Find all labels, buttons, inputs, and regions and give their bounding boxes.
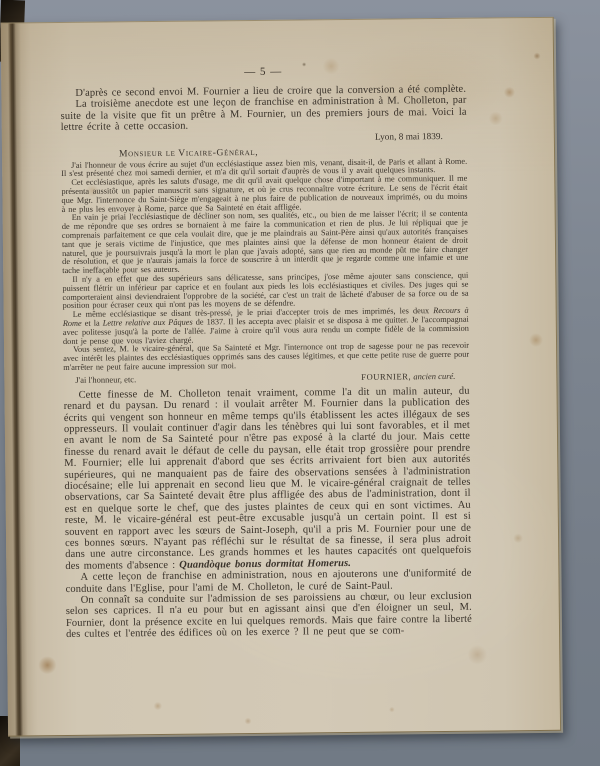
letter-signature-title: ancien curé. [413, 371, 455, 381]
paragraph: Vous sentez, M. le vicaire-général, que … [63, 342, 469, 373]
text-run: La troisième anecdote est une leçon de f… [61, 95, 467, 133]
page-number: — 5 — [60, 63, 466, 81]
paragraph: On connaît sa conduite sur l'admission d… [66, 591, 472, 641]
text-run: Cet ecclésiastique, après les saluts d'u… [61, 174, 467, 214]
commentary-section: Cette finesse de M. Cholleton tenait vra… [63, 385, 472, 640]
text-run: Il n'y a en effet que des supérieurs san… [62, 271, 468, 311]
paragraph: Le même ecclésiastique se disant très-pr… [63, 307, 469, 346]
paragraph: Il n'y a en effet que des supérieurs san… [62, 272, 468, 311]
letter-signature: FOURNIER, ancien curé. [361, 371, 455, 382]
book-page: — 5 — D'après ce second envoi M. Fournie… [1, 17, 561, 737]
text-run: Vous sentez, M. le vicaire-général, que … [63, 341, 469, 372]
paragraph: La troisième anecdote est une leçon de f… [60, 95, 466, 133]
text-run: On connaît sa conduite sur l'admission d… [66, 591, 472, 640]
paragraph: En vain je priai l'ecclésiastique de déc… [62, 210, 469, 276]
intro-section: D'après ce second envoi M. Fournier a li… [60, 84, 466, 134]
scanned-book-photo: — 5 — D'après ce second envoi M. Fournie… [0, 0, 600, 766]
paragraph: Cet ecclésiastique, après les saluts d'u… [61, 175, 467, 214]
text-run: Cette finesse de M. Cholleton tenait vra… [64, 385, 472, 571]
paragraph: Cette finesse de M. Cholleton tenait vra… [63, 385, 471, 572]
letter-signature-name: FOURNIER, [361, 371, 411, 382]
letter-closing: J'ai l'honneur, etc. [75, 374, 136, 385]
text-run: En vain je priai l'ecclésiastique de déc… [62, 209, 468, 275]
binding-gutter-shadow [1, 23, 38, 735]
letter-closing-row: J'ai l'honneur, etc. FOURNIER, ancien cu… [63, 370, 469, 384]
page-content: — 5 — D'après ce second envoi M. Fournie… [60, 63, 472, 641]
letter-body: J'ai l'honneur de vous écrire au sujet d… [61, 157, 469, 372]
